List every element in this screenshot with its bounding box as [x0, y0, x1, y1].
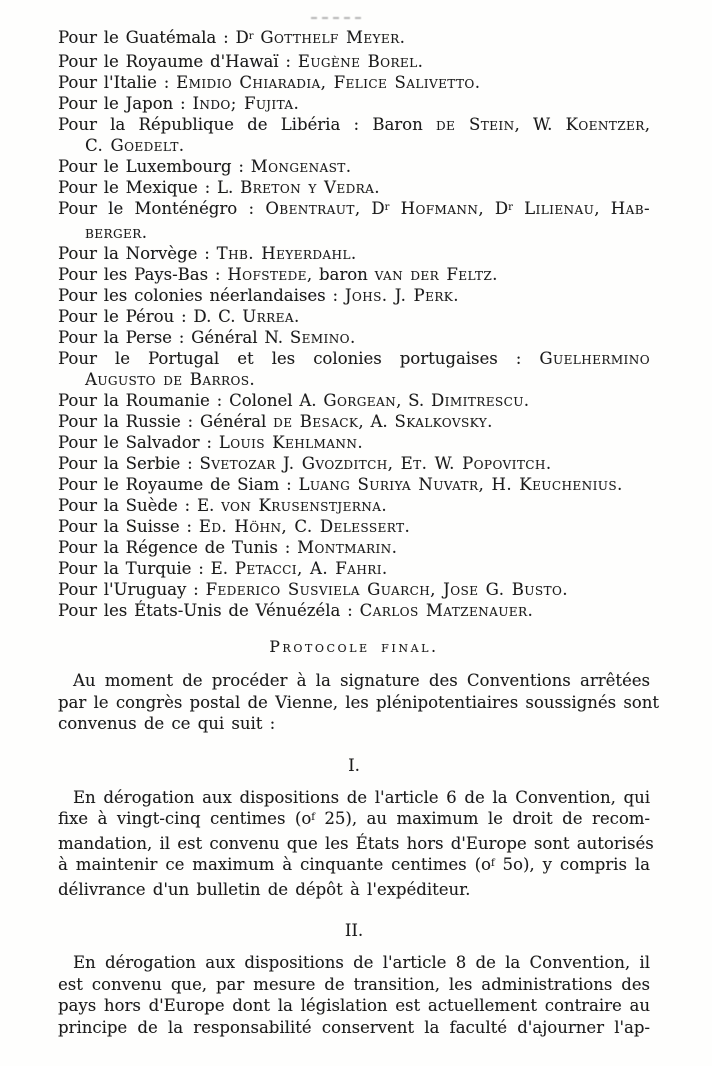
signatory-line: Pour le Royaume de Siam : Luang Suriya N…	[58, 474, 650, 495]
text-run: Pour l'Uruguay :	[58, 580, 206, 599]
paragraph-line: En dérogation aux dispositions de l'arti…	[58, 952, 650, 974]
paragraph-line: mandation, il est convenu que les États …	[58, 833, 650, 855]
delegate-name: de Stein	[436, 115, 515, 134]
delegate-name: Skalkovsky.	[394, 412, 492, 431]
delegate-name: Ed. Höhn, C. Delessert.	[199, 517, 410, 536]
text-run: Pour l'Italie :	[58, 73, 176, 92]
text-run: Pour la Perse : Général N.	[58, 328, 290, 347]
signatory-line: Pour les Pays-Bas : Hofstede, baron van …	[58, 264, 650, 285]
text-run: 5o), y compris la	[495, 855, 650, 874]
delegate-name: Indo; Fujita.	[192, 94, 299, 113]
text-run: Pour le Luxembourg :	[58, 157, 251, 176]
signatory-line: Pour la Perse : Général N. Semino.	[58, 327, 650, 348]
signatory-line: Pour l'Italie : Emidio Chiaradia, Felice…	[58, 72, 650, 93]
signatory-line: Pour la Serbie : Svetozar J. Gvozditch, …	[58, 453, 650, 474]
text-run: Pour le Royaume d'Hawaï :	[58, 52, 298, 71]
delegate-name: de Besack	[273, 412, 358, 431]
delegate-name: van der Feltz.	[375, 265, 498, 284]
text-run: Pour la Turquie : E.	[58, 559, 235, 578]
paragraph-line: délivrance d'un bulletin de dépôt à l'ex…	[58, 879, 650, 901]
text-run: mandation, il est convenu que les États …	[58, 834, 654, 853]
text-run: Pour la Roumanie : Colonel A.	[58, 391, 323, 410]
delegate-name: Petacci, A. Fahri.	[235, 559, 388, 578]
text-run: Pour les Pays-Bas :	[58, 265, 227, 284]
signatory-list: Pour le Guatémala : Dr Gotthelf Meyer.Po…	[58, 27, 650, 621]
text-run: à maintenir ce maximum à cinquante centi…	[58, 855, 491, 874]
delegate-name: Gotthelf Meyer.	[260, 28, 405, 47]
text-run: convenus de ce qui suit :	[58, 714, 275, 733]
signatory-line: Pour le Monténégro : Obentraut, Dr Hofma…	[58, 198, 650, 222]
signatory-line: Pour la Suède : E. von Krusenstjerna.	[58, 495, 650, 516]
signatory-line: Pour la Russie : Général de Besack, A. S…	[58, 411, 650, 432]
signatory-line: Pour la Suisse : Ed. Höhn, C. Delessert.	[58, 516, 650, 537]
delegate-name: Federico Susviela Guarch, Jose G. Busto.	[206, 580, 568, 599]
text-run: Pour le Mexique : L.	[58, 178, 240, 197]
signatory-line: Pour le Portugal et les colonies portuga…	[58, 348, 650, 369]
delegate-name: Eugène Borel.	[298, 52, 423, 71]
protocol-sections: I.En dérogation aux dispositions de l'ar…	[58, 756, 650, 1039]
delegate-name: Emidio Chiaradia, Felice Salivetto.	[176, 73, 480, 92]
text-run: Au moment de procéder à la signature des…	[73, 671, 650, 690]
delegate-name: Thb. Heyerdahl.	[217, 244, 357, 263]
intro-paragraph: Au moment de procéder à la signature des…	[58, 670, 650, 735]
delegate-name: Lilienau	[524, 199, 594, 218]
delegate-name: Mongenast.	[251, 157, 352, 176]
superscript-letter: r	[508, 202, 513, 213]
text-run: fixe à vingt-cinq centimes (o	[58, 809, 311, 828]
delegate-name: Hofmann	[401, 199, 479, 218]
protocole-final-heading: Protocole final.	[58, 637, 650, 657]
text-run: délivrance d'un bulletin de dépôt à l'ex…	[58, 880, 470, 899]
text-run: ,	[645, 115, 650, 134]
text-run: Pour la Suède : E.	[58, 496, 221, 515]
paragraph-line: à maintenir ce maximum à cinquante centi…	[58, 854, 650, 879]
delegate-name: Breton y Vedra.	[240, 178, 380, 197]
text-run: Pour la République de Libéria : Baron	[58, 115, 436, 134]
signatory-line: berger.	[58, 222, 650, 243]
delegate-name: Semino.	[290, 328, 356, 347]
text-run: Pour la Russie : Général	[58, 412, 273, 431]
scan-smudge-artifact	[311, 17, 361, 19]
paragraph-line: En dérogation aux dispositions de l'arti…	[58, 787, 650, 809]
delegate-name: Urrea.	[242, 307, 299, 326]
delegate-name: Koentzer	[566, 115, 645, 134]
text-run: , baron	[307, 265, 375, 284]
signatory-line: C. Goedelt.	[58, 135, 650, 156]
signatory-line: Pour le Mexique : L. Breton y Vedra.	[58, 177, 650, 198]
text-run: , S.	[396, 391, 431, 410]
signatory-line: Pour la Norvège : Thb. Heyerdahl.	[58, 243, 650, 264]
signatory-line: Pour l'Uruguay : Federico Susviela Guarc…	[58, 579, 650, 600]
text-run: , D	[478, 199, 508, 218]
signatory-line: Pour la République de Libéria : Baron de…	[58, 114, 650, 135]
text-run: est convenu que, par mesure de transitio…	[58, 975, 650, 994]
delegate-name: Guelhermino	[539, 349, 650, 368]
text-run: Pour le Salvador :	[58, 433, 219, 452]
delegate-name: Dimitrescu.	[431, 391, 530, 410]
text-run: Pour les colonies néerlandaises :	[58, 286, 345, 305]
text-run: Pour le Pérou : D. C.	[58, 307, 242, 326]
text-run: Pour le Guatémala : D	[58, 28, 249, 47]
superscript-letter: f	[491, 858, 495, 869]
signatory-line: Pour le Pérou : D. C. Urrea.	[58, 306, 650, 327]
delegate-name: Hofstede	[227, 265, 307, 284]
delegate-name: Johs. J. Perk.	[345, 286, 459, 305]
delegate-name: Luang Suriya Nuvatr, H. Keuchenius.	[299, 475, 623, 494]
delegate-name: berger.	[85, 223, 147, 242]
signatory-line: Pour la Turquie : E. Petacci, A. Fahri.	[58, 558, 650, 579]
delegate-name: Hab-	[611, 199, 650, 218]
text-run	[389, 199, 400, 218]
signatory-line: Pour la Régence de Tunis : Montmarin.	[58, 537, 650, 558]
paragraph-line: pays hors d'Europe dont la législation e…	[58, 995, 650, 1017]
text-run: par le congrès postal de Vienne, les plé…	[58, 693, 659, 712]
text-run: 25), au maximum le droit de recom-	[315, 809, 650, 828]
text-run: , W.	[515, 115, 566, 134]
delegate-name: Obentraut	[265, 199, 354, 218]
signatory-line: Pour le Luxembourg : Mongenast.	[58, 156, 650, 177]
signatory-line: Pour les colonies néerlandaises : Johs. …	[58, 285, 650, 306]
signatory-line: Pour le Guatémala : Dr Gotthelf Meyer.	[58, 27, 650, 51]
signatory-line: Pour le Royaume d'Hawaï : Eugène Borel.	[58, 51, 650, 72]
section-numeral: I.	[58, 756, 650, 776]
delegate-name: C. Goedelt.	[85, 136, 184, 155]
text-run: , D	[355, 199, 385, 218]
signatory-line: Pour le Japon : Indo; Fujita.	[58, 93, 650, 114]
text-run: Pour la Régence de Tunis :	[58, 538, 297, 557]
superscript-letter: r	[249, 31, 254, 42]
text-run	[513, 199, 524, 218]
text-run: principe de la responsabilité conservent…	[58, 1018, 650, 1037]
text-run: Pour le Monténégro :	[58, 199, 265, 218]
text-run: Pour les États-Unis de Vénuézéla :	[58, 601, 360, 620]
text-run: Pour la Suisse :	[58, 517, 199, 536]
delegate-name: Louis Kehlmann.	[219, 433, 363, 452]
paragraph-line: principe de la responsabilité conservent…	[58, 1017, 650, 1039]
signatory-line: Augusto de Barros.	[58, 369, 650, 390]
signatory-line: Pour la Roumanie : Colonel A. Gorgean, S…	[58, 390, 650, 411]
text-run: , A.	[358, 412, 394, 431]
text-run: pays hors d'Europe dont la législation e…	[58, 996, 650, 1015]
delegate-name: Carlos Matzenauer.	[360, 601, 534, 620]
paragraph-line: est convenu que, par mesure de transitio…	[58, 974, 650, 996]
section-numeral: II.	[58, 921, 650, 941]
paragraph-line: Au moment de procéder à la signature des…	[58, 670, 650, 692]
superscript-letter: f	[311, 812, 315, 823]
superscript-letter: r	[385, 202, 390, 213]
delegate-name: von Krusenstjerna.	[221, 496, 387, 515]
signatory-line: Pour les États-Unis de Vénuézéla : Carlo…	[58, 600, 650, 621]
paragraph-line: fixe à vingt-cinq centimes (of 25), au m…	[58, 808, 650, 833]
text-run: Pour la Serbie :	[58, 454, 200, 473]
delegate-name: Gorgean	[323, 391, 396, 410]
signatory-line: Pour le Salvador : Louis Kehlmann.	[58, 432, 650, 453]
paragraph-line: par le congrès postal de Vienne, les plé…	[58, 692, 650, 714]
text-run: En dérogation aux dispositions de l'arti…	[73, 788, 650, 807]
scanned-document-page: Pour le Guatémala : Dr Gotthelf Meyer.Po…	[0, 0, 712, 1066]
text-run: En dérogation aux dispositions de l'arti…	[73, 953, 650, 972]
delegate-name: Svetozar J. Gvozditch, Et. W. Popovitch.	[200, 454, 552, 473]
delegate-name: Montmarin.	[297, 538, 397, 557]
delegate-name: Augusto de Barros.	[85, 370, 255, 389]
text-run: Pour le Royaume de Siam :	[58, 475, 299, 494]
text-run: Pour le Japon :	[58, 94, 192, 113]
text-run: Pour le Portugal et les colonies portuga…	[58, 349, 539, 368]
text-run: ,	[594, 199, 611, 218]
text-run: Pour la Norvège :	[58, 244, 217, 263]
paragraph-line: convenus de ce qui suit :	[58, 713, 650, 735]
